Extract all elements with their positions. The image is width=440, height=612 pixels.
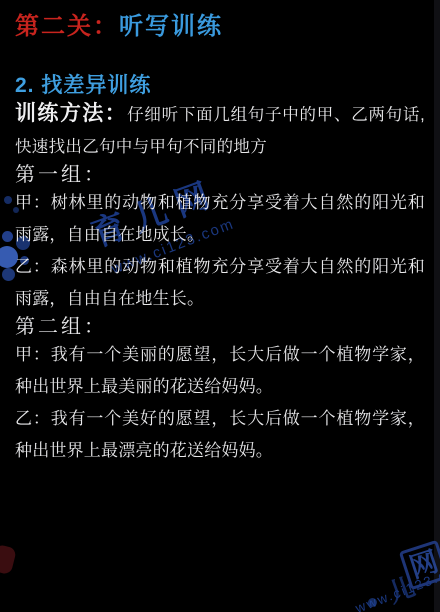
group-1-sentence-b: 乙：森林里的动物和植物充分享受着大自然的阳光和雨露，自由自在地生长。: [15, 251, 425, 315]
training-method-paragraph: 训练方法：仔细听下面几组句子中的甲、乙两句话,快速找出乙句中与甲句不同的地方: [15, 98, 425, 163]
group-1-sentence-a: 甲：树林里的动物和植物充分享受着大自然的阳光和雨露，自由自在地成长。: [15, 187, 425, 251]
group-1-label: 第一组：: [15, 163, 425, 187]
training-method-label: 训练方法：: [15, 102, 127, 125]
page-title: 第二关：听写训练: [15, 13, 425, 41]
watermark-url: www.ci123.com: [353, 559, 440, 612]
watermark-red-blob: [0, 544, 17, 575]
section-subtitle: 2. 找差异训练: [15, 73, 425, 98]
group-2-sentence-b: 乙：我有一个美好的愿望，长大后做一个植物学家，种出世界上最漂亮的花送给妈妈。: [15, 403, 425, 467]
group-2-label: 第二组：: [15, 315, 425, 339]
article-content: 第二关：听写训练 2. 找差异训练 训练方法：仔细听下面几组句子中的甲、乙两句话…: [0, 13, 440, 467]
watermark-char: 儿: [382, 567, 419, 611]
page-title-section-number: 第二关：: [15, 13, 119, 40]
group-2-sentence-a: 甲：我有一个美丽的愿望，长大后做一个植物学家，种出世界上最美丽的花送给妈妈。: [15, 339, 425, 403]
watermark-logo-dot: [368, 598, 377, 607]
page-title-text: 听写训练: [119, 13, 223, 40]
reading-page: { "page": { "background_color": "#000000…: [0, 0, 440, 612]
